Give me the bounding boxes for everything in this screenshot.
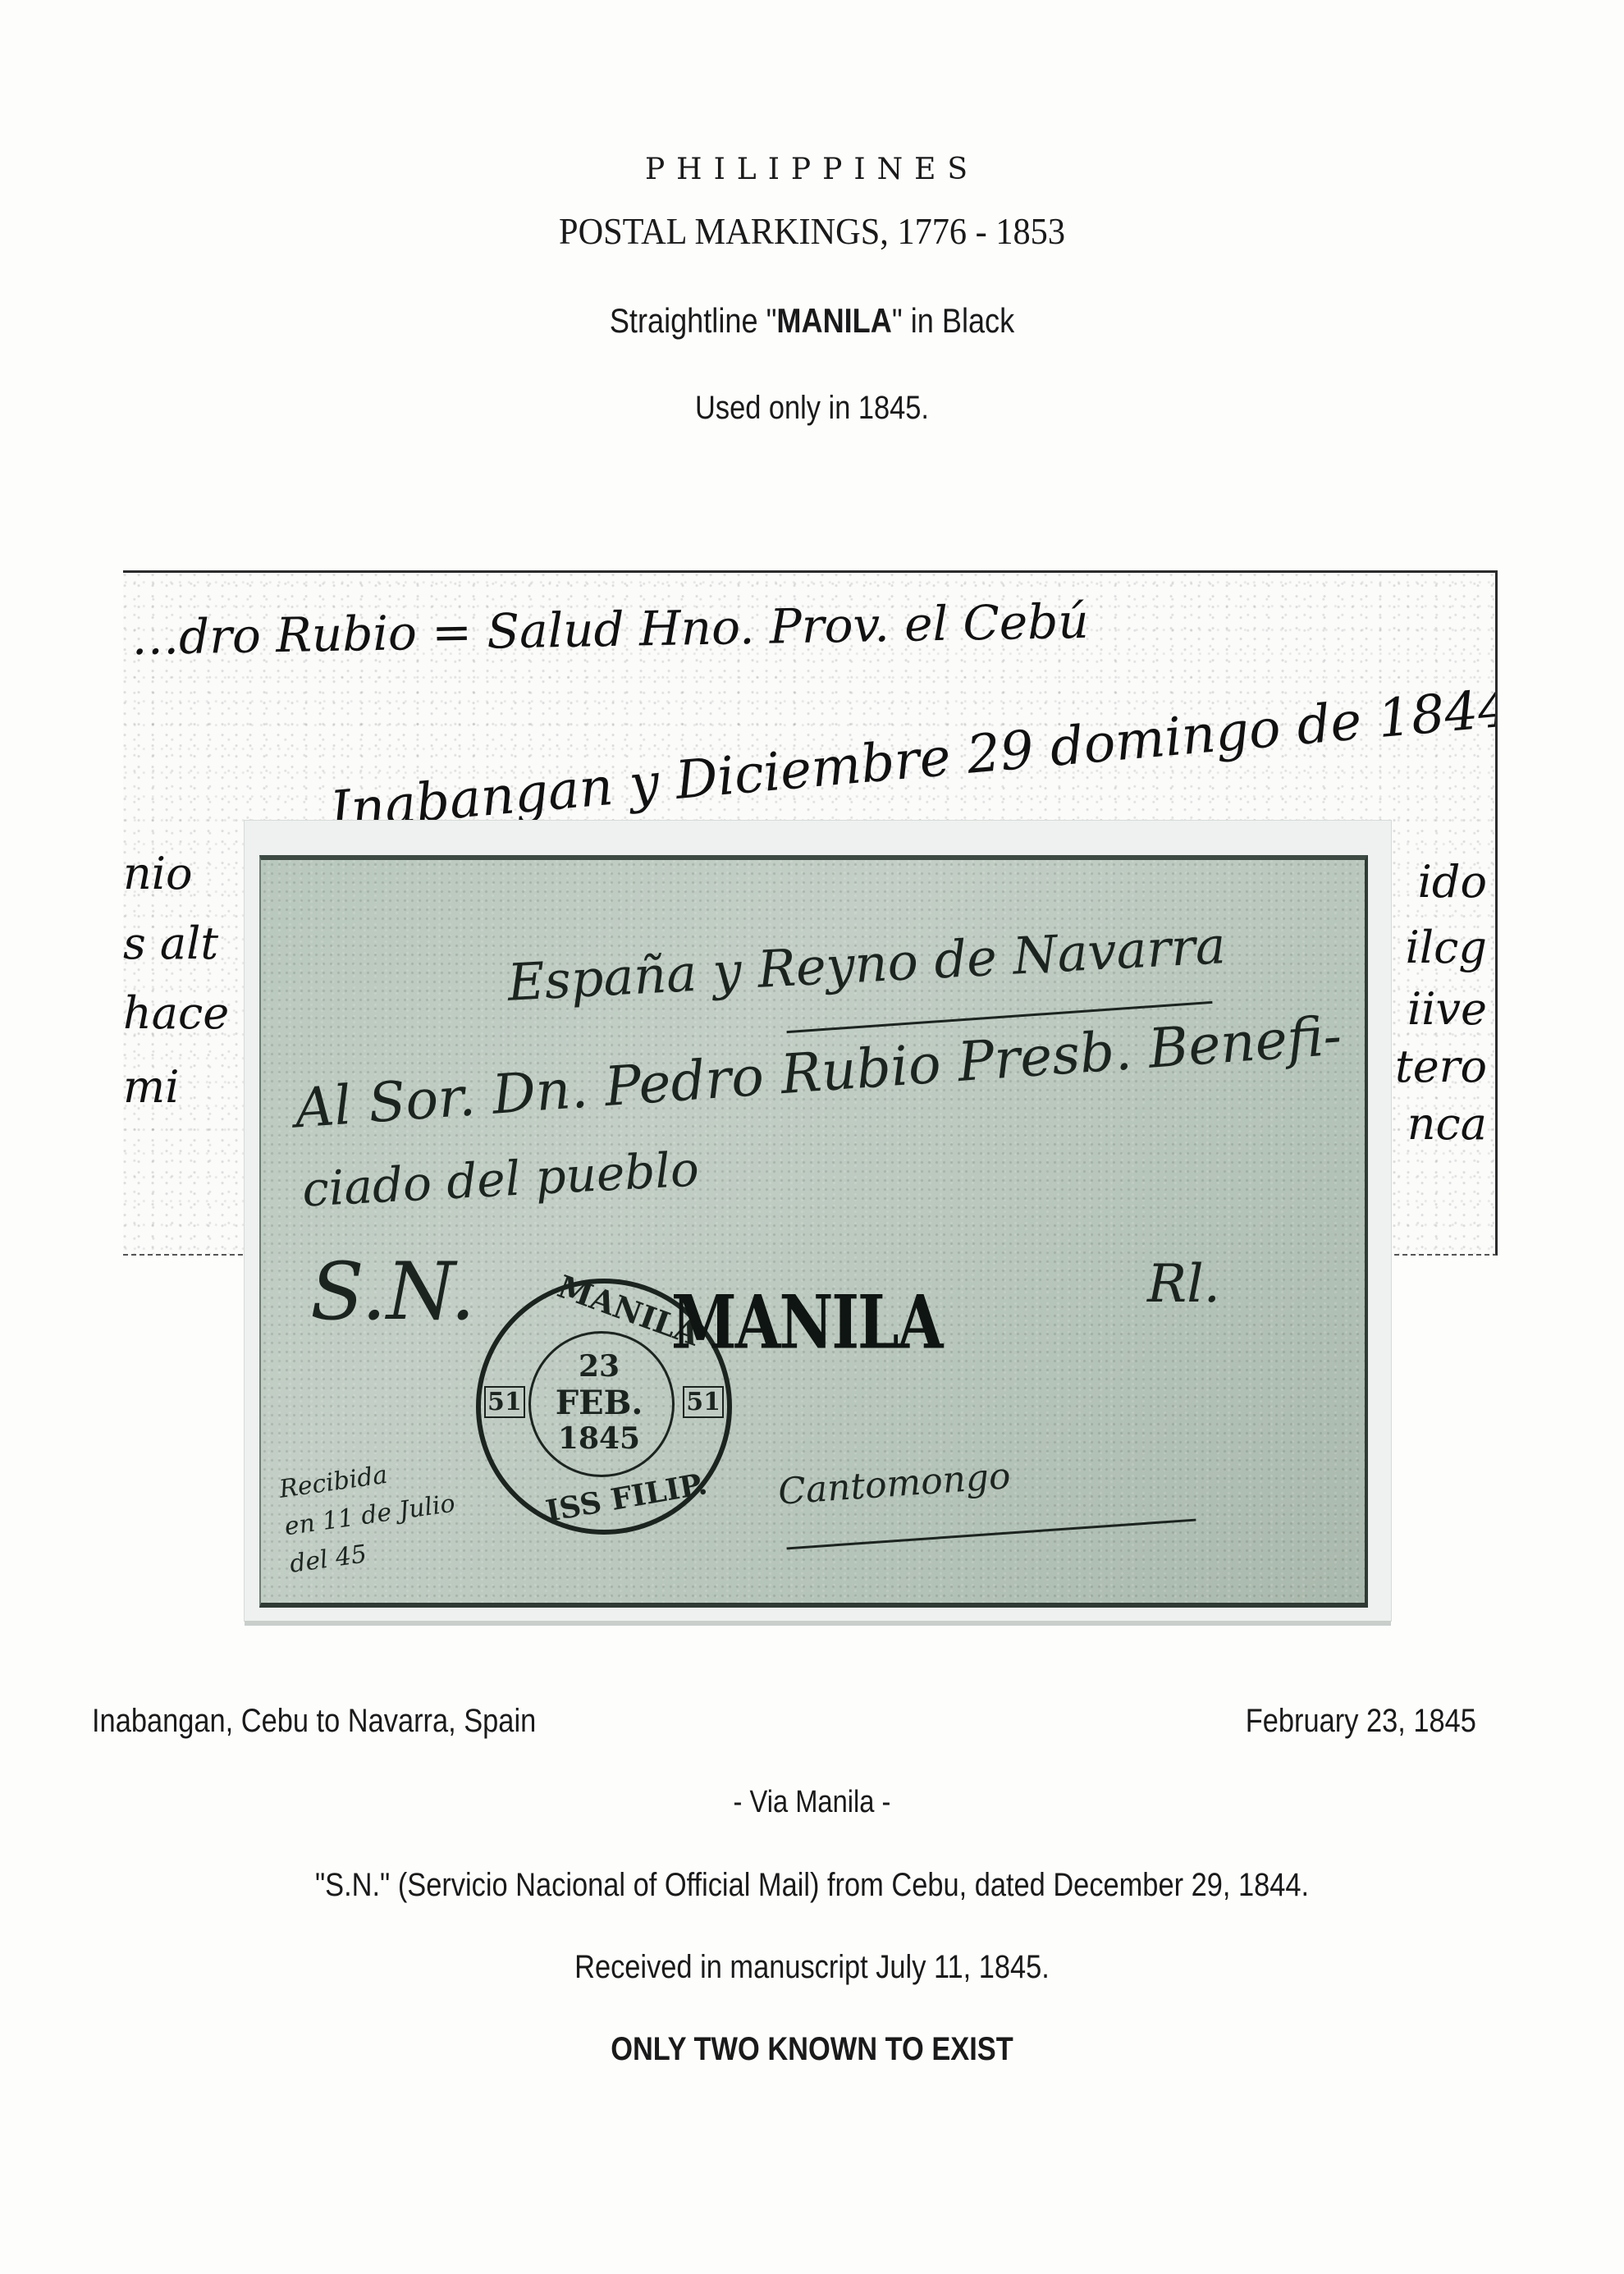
letter-fragment-right: ido — [1418, 856, 1487, 908]
cover-envelope: España y Reyno de Navarra Al Sor. Dn. Pe… — [259, 855, 1368, 1608]
cover-date: February 23, 1845 — [1246, 1703, 1476, 1740]
service-mark-sn: S.N. — [310, 1246, 475, 1338]
letter-fragment-left: s alt — [123, 917, 218, 969]
letter-fragment-left: mi — [123, 1061, 179, 1113]
letter-fragment-right: nca — [1407, 1098, 1487, 1150]
letter-fragment-left: hace — [123, 987, 229, 1039]
datestamp-side-right: 51 — [683, 1386, 724, 1418]
cover-mount: España y Reyno de Navarra Al Sor. Dn. Pe… — [245, 821, 1391, 1621]
datestamp-side-left: 51 — [484, 1386, 525, 1418]
cover-route: Inabangan, Cebu to Navarra, Spain — [92, 1703, 536, 1740]
received-manuscript: Recibida en 11 de Julio del 45 — [277, 1448, 463, 1584]
service-note: "S.N." (Servicio Nacional of Official Ma… — [114, 1867, 1511, 1904]
letter-fragment-left: nio — [123, 848, 193, 899]
letter-fragment-right: tero — [1395, 1041, 1487, 1092]
route-via: - Via Manila - — [114, 1785, 1511, 1820]
letter-fragment-right: ilcg — [1406, 922, 1487, 973]
exhibit-period-title: POSTAL MARKINGS, 1776 - 1853 — [65, 209, 1559, 253]
datestamp-year: 1845 — [481, 1421, 717, 1456]
exhibit-subtitle: Straightline "MANILA" in Black — [114, 301, 1511, 341]
subtitle-suffix: " in Black — [892, 301, 1014, 340]
subtitle-marking: MANILA — [776, 301, 891, 340]
received-note: Received in manuscript July 11, 1845. — [114, 1949, 1511, 1986]
exhibit-country: PHILIPPINES — [0, 153, 1624, 186]
usage-note: Used only in 1845. — [114, 390, 1511, 427]
letter-fragment-right: iive — [1407, 983, 1487, 1035]
straightline-manila-marking: MANILA — [671, 1278, 942, 1365]
subtitle-prefix: Straightline " — [610, 301, 777, 340]
rarity-statement: ONLY TWO KNOWN TO EXIST — [114, 2031, 1511, 2068]
rate-manuscript: Rl. — [1147, 1254, 1220, 1315]
